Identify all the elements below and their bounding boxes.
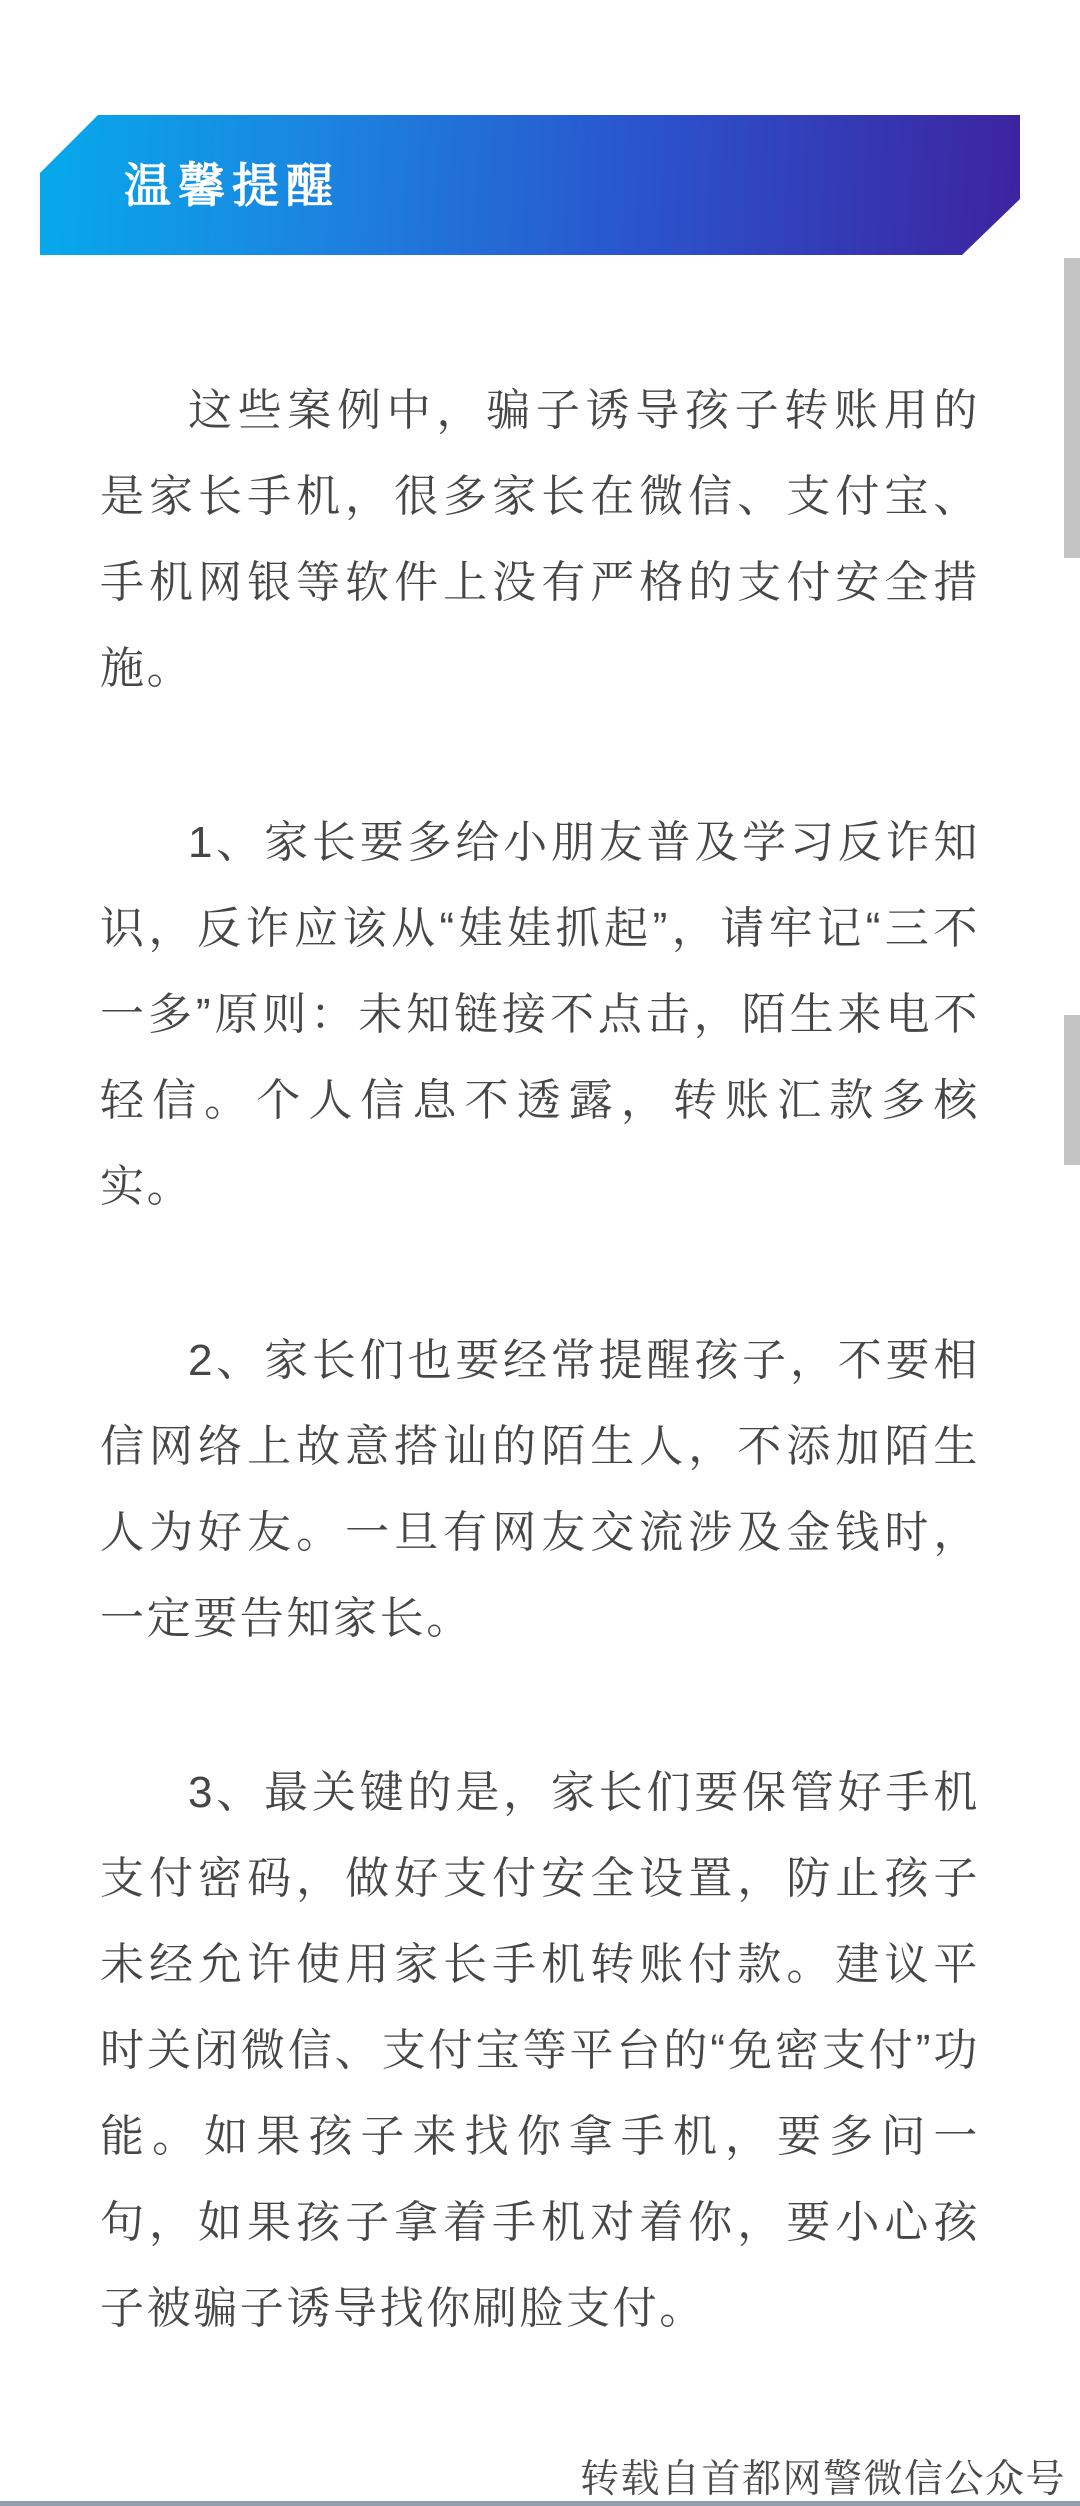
- paragraph: 1、家长要多给小朋友普及学习反诈知识，反诈应该从“娃娃抓起”，请牢记“三不一多”…: [100, 800, 980, 1230]
- paragraph: 2、家长们也要经常提醒孩子，不要相信网络上故意搭讪的陌生人，不添加陌生人为好友。…: [100, 1318, 980, 1662]
- paragraph: 3、最关键的是，家长们要保管好手机支付密码，做好支付安全设置，防止孩子未经允许使…: [100, 1750, 980, 2352]
- article-body: 这些案例中，骗子诱导孩子转账用的是家长手机，很多家长在微信、支付宝、手机网银等软…: [100, 368, 980, 2352]
- scrollbar-thumb[interactable]: [1064, 1015, 1080, 1165]
- paragraph: 这些案例中，骗子诱导孩子转账用的是家长手机，很多家长在微信、支付宝、手机网银等软…: [100, 368, 980, 712]
- banner-title: 温馨提醒: [40, 149, 340, 222]
- scrollbar-thumb[interactable]: [1064, 258, 1080, 558]
- reminder-banner: 温馨提醒: [40, 115, 1020, 255]
- screenshot-bottom-edge: [0, 2501, 1080, 2506]
- source-credit: 转载自首都网警微信公众号: [580, 2448, 1066, 2504]
